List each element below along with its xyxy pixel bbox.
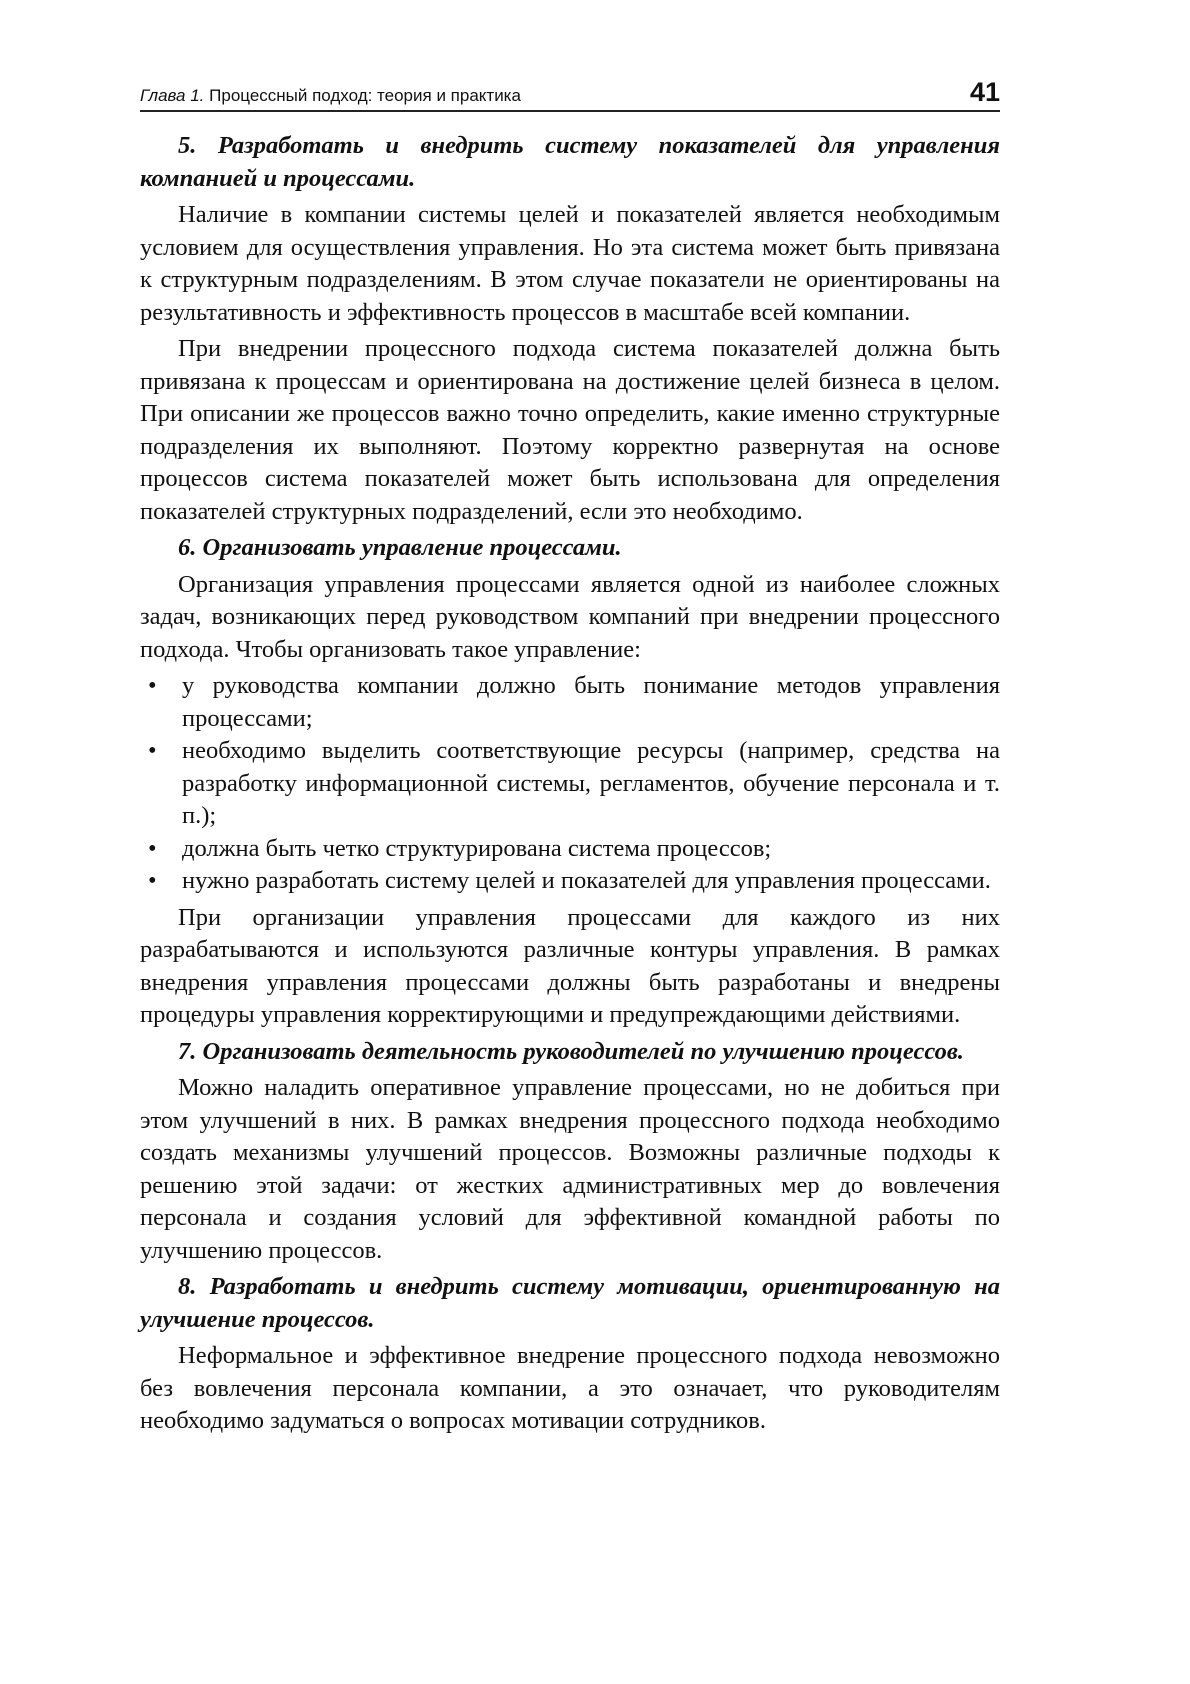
chapter-title: Глава 1. Процессный подход: теория и пра… bbox=[140, 86, 521, 106]
list-item: •должна быть четко структурирована систе… bbox=[144, 833, 1000, 866]
body-text: 5. Разработать и внедрить систему показа… bbox=[140, 130, 1000, 1438]
bullet-icon: • bbox=[148, 670, 157, 703]
bullet-icon: • bbox=[148, 833, 157, 866]
book-page: Глава 1. Процессный подход: теория и пра… bbox=[140, 80, 1000, 1442]
paragraph: При внедрении процессного подхода систем… bbox=[140, 333, 1000, 528]
list-item: •нужно разработать систему целей и показ… bbox=[144, 865, 1000, 898]
bullet-list: •у руководства компании должно быть пони… bbox=[140, 670, 1000, 898]
running-header: Глава 1. Процессный подход: теория и пра… bbox=[140, 80, 1000, 112]
list-item: •у руководства компании должно быть пони… bbox=[144, 670, 1000, 735]
paragraph: При организации управления процессами дл… bbox=[140, 902, 1000, 1032]
bullet-icon: • bbox=[148, 865, 157, 898]
section-heading-5: 5. Разработать и внедрить систему показа… bbox=[140, 130, 1000, 195]
paragraph: Можно наладить оперативное управление пр… bbox=[140, 1072, 1000, 1267]
section-heading-7: 7. Организовать деятельность руководител… bbox=[140, 1036, 1000, 1069]
paragraph: Организация управления процессами являет… bbox=[140, 569, 1000, 667]
chapter-name: Процессный подход: теория и практика bbox=[209, 86, 521, 105]
paragraph: Неформальное и эффективное внедрение про… bbox=[140, 1340, 1000, 1438]
list-item: •необходимо выделить соответствующие рес… bbox=[144, 735, 1000, 833]
bullet-icon: • bbox=[148, 735, 157, 768]
section-heading-6: 6. Организовать управление процессами. bbox=[140, 532, 1000, 565]
section-heading-8: 8. Разработать и внедрить систему мотива… bbox=[140, 1271, 1000, 1336]
page-number: 41 bbox=[970, 77, 1000, 108]
paragraph: Наличие в компании системы целей и показ… bbox=[140, 199, 1000, 329]
chapter-label: Глава 1. bbox=[140, 86, 204, 105]
